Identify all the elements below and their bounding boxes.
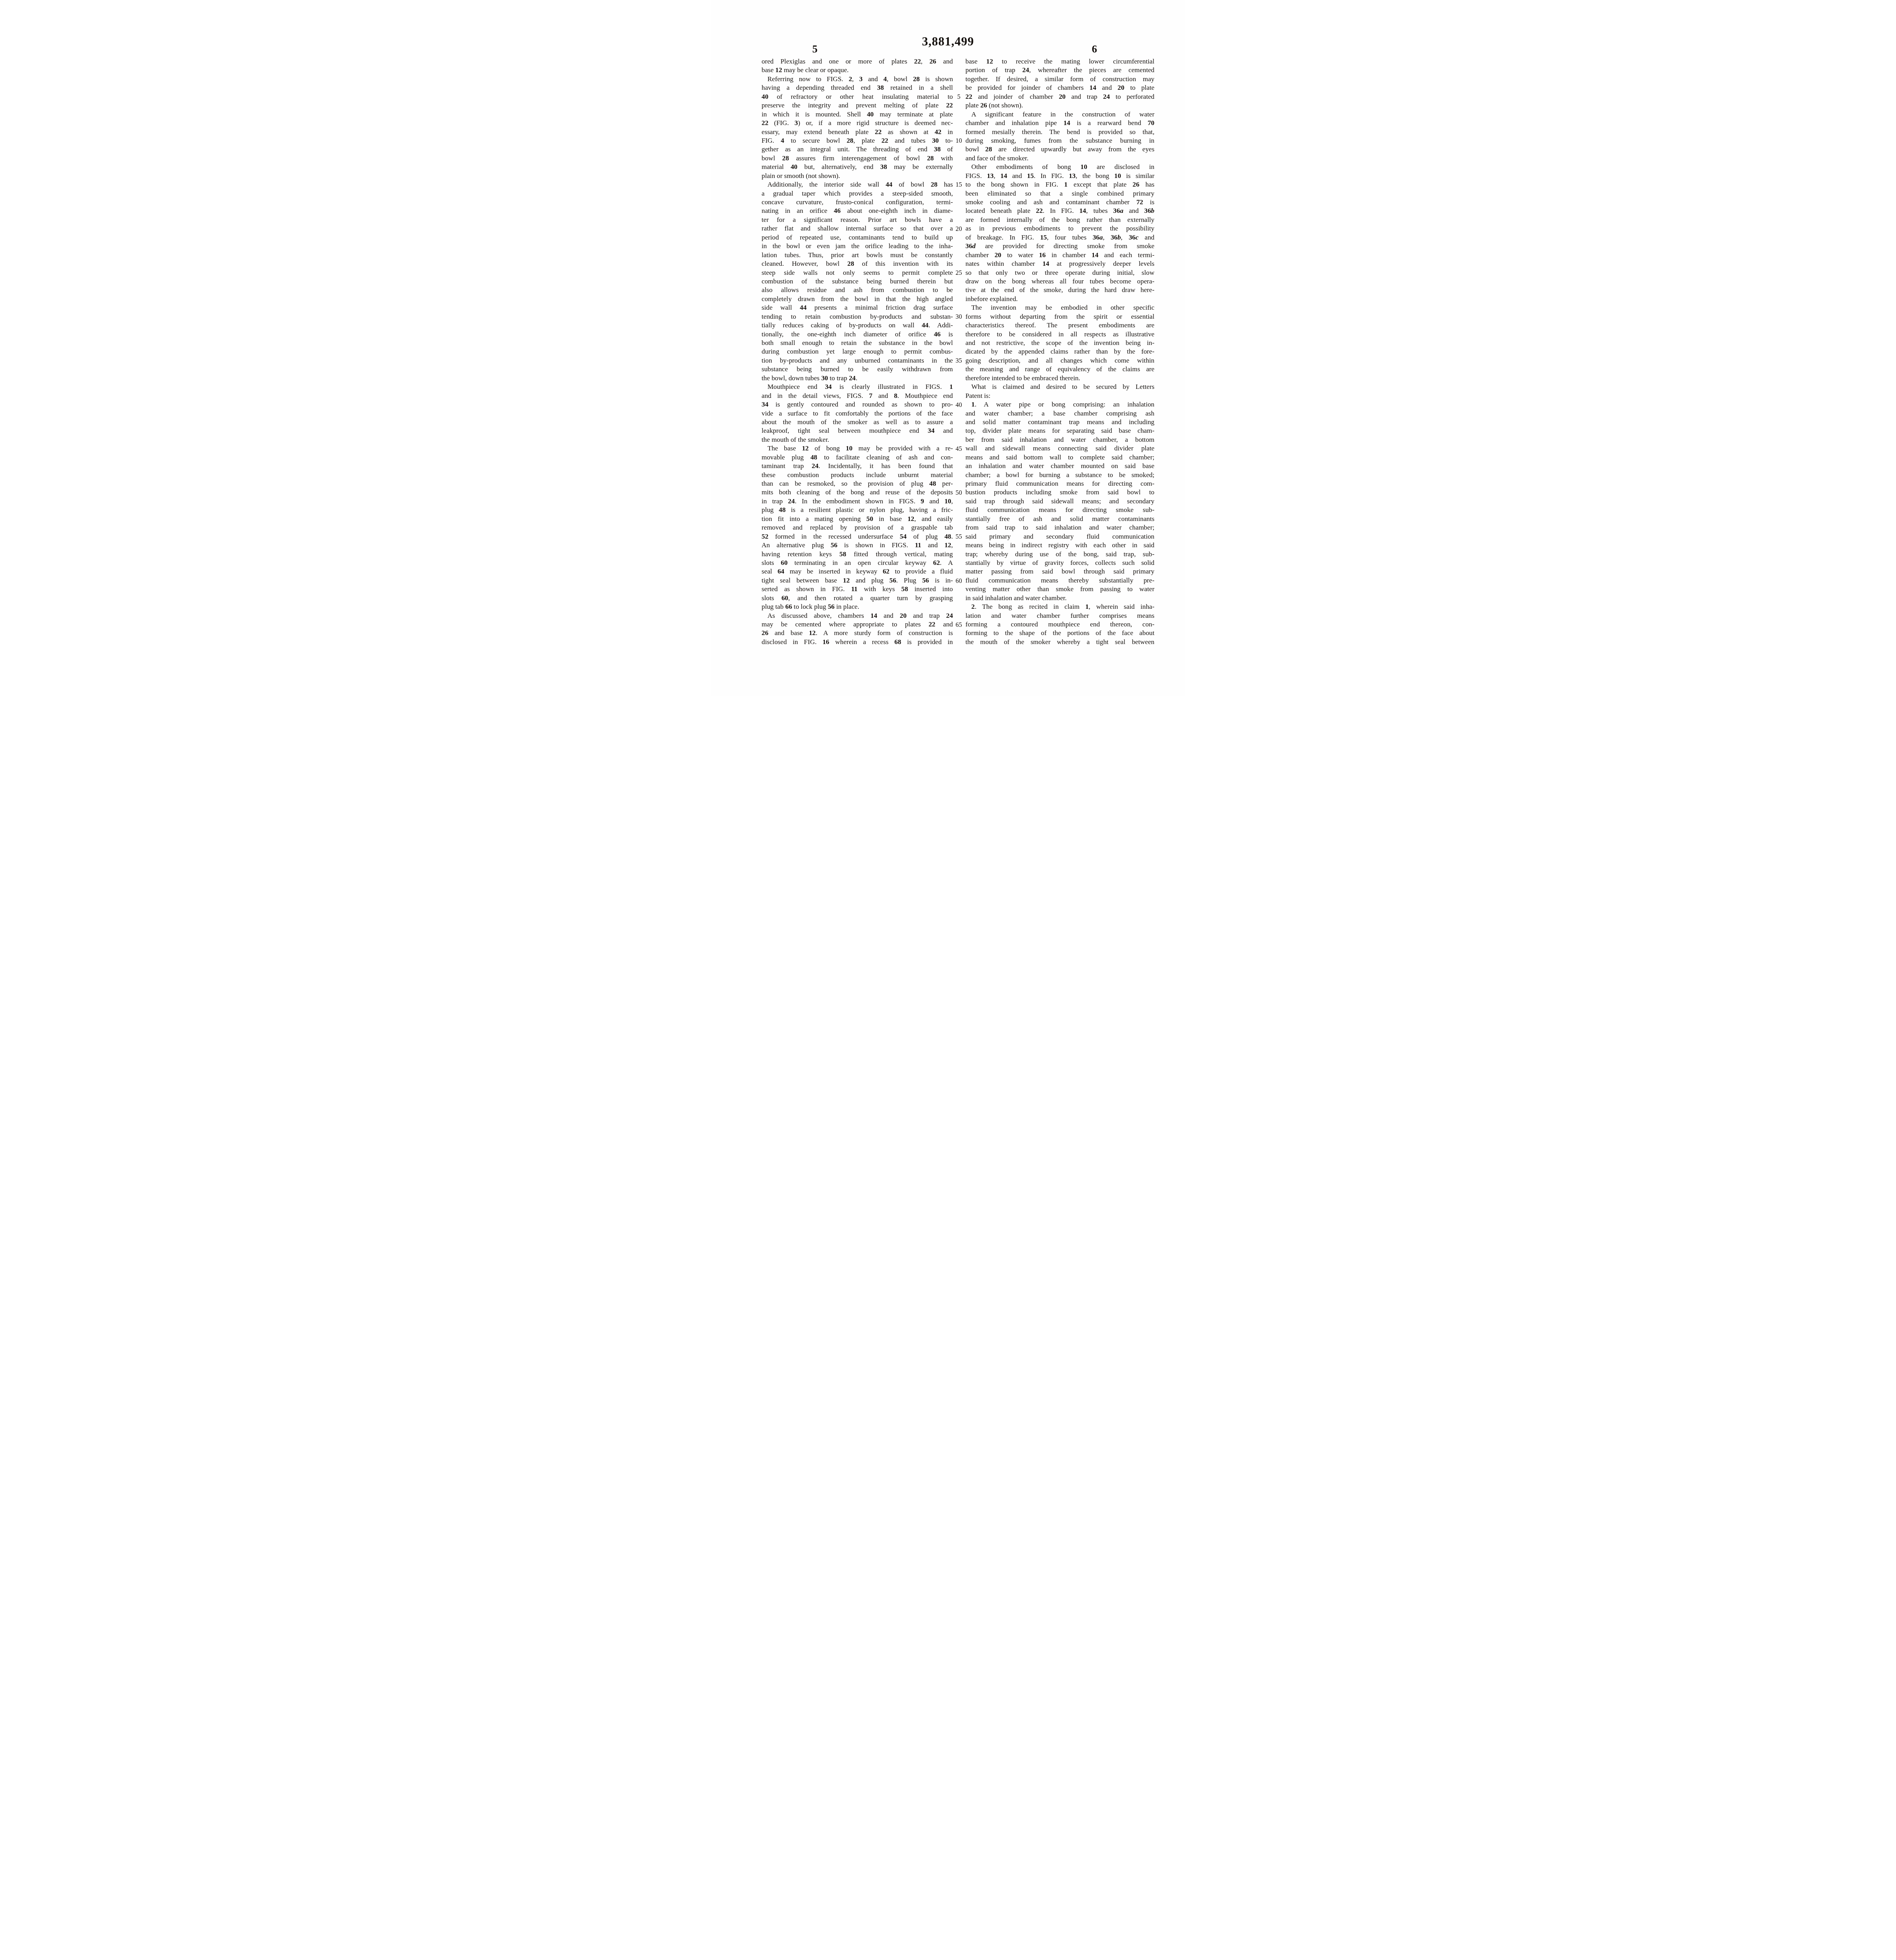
text-line: in which it is mounted. Shell 40 may ter… bbox=[762, 110, 953, 119]
text-line: 2. The bong as recited in claim 1, where… bbox=[966, 603, 1155, 611]
text-line: tionally, the one-eighth inch diameter o… bbox=[762, 330, 953, 339]
text-line: forms without departing from the spirit … bbox=[966, 312, 1155, 321]
text-line: stantially by virtue of gravity forces, … bbox=[966, 559, 1155, 567]
text-line: characteristics thereof. The present emb… bbox=[966, 321, 1155, 330]
text-line: 22 (FIG. 3) or, if a more rigid structur… bbox=[762, 119, 953, 127]
text-line: than can be resmoked, so the provision o… bbox=[762, 479, 953, 488]
text-line: mits both cleaning of the bong and reuse… bbox=[762, 488, 953, 497]
text-line: bustion products including smoke from sa… bbox=[966, 488, 1155, 497]
text-line: and solid matter contaminant trap means … bbox=[966, 418, 1155, 426]
text-line: chamber; a bowl for burning a substance … bbox=[966, 471, 1155, 479]
patent-page: 3,881,499 5 6 ored Plexiglas and one or … bbox=[711, 0, 1185, 696]
text-line: wall and sidewall means connecting said … bbox=[966, 444, 1155, 453]
text-line: bowl 28 assures firm interengagement of … bbox=[762, 154, 953, 163]
text-line: both small enough to retain the substanc… bbox=[762, 339, 953, 347]
text-line: plate 26 (not shown). bbox=[966, 101, 1155, 110]
text-line: slots 60, and then rotated a quarter tur… bbox=[762, 594, 953, 603]
text-line: leakproof, tight seal between mouthpiece… bbox=[762, 426, 953, 435]
line-number-marker: 5 bbox=[951, 93, 967, 101]
text-line: from said trap to said inhalation and wa… bbox=[966, 523, 1155, 532]
text-line: a gradual taper which provides a steep-s… bbox=[762, 189, 953, 198]
text-line: Mouthpiece end 34 is clearly illustrated… bbox=[762, 383, 953, 391]
column-number-left: 5 bbox=[803, 43, 827, 55]
text-line: lation tubes. Thus, prior art bowls must… bbox=[762, 251, 953, 260]
text-line: matter passing from said bowl through sa… bbox=[966, 567, 1155, 576]
text-line: steep side walls not only seems to permi… bbox=[762, 269, 953, 277]
text-line: so that only two or three operate during… bbox=[966, 269, 1155, 277]
text-line: cleaned. However, bowl 28 of this invent… bbox=[762, 260, 953, 268]
text-line: in said inhalation and water chamber. bbox=[966, 594, 1155, 603]
text-line: tending to retain combustion by-products… bbox=[762, 312, 953, 321]
text-line: fluid communication means for directing … bbox=[966, 506, 1155, 514]
text-line: about the mouth of the smoker as well as… bbox=[762, 418, 953, 426]
line-number-marker: 35 bbox=[951, 356, 967, 365]
text-line: during combustion yet large enough to pe… bbox=[762, 347, 953, 356]
text-line: forming to the shape of the portions of … bbox=[966, 629, 1155, 637]
text-line: lation and water chamber further compris… bbox=[966, 612, 1155, 620]
text-line: smoke cooling and ash and contaminant ch… bbox=[966, 198, 1155, 207]
text-line: going description, and all changes which… bbox=[966, 356, 1155, 365]
text-line: portion of trap 24, whereafter the piece… bbox=[966, 66, 1155, 74]
text-line: period of repeated use, contaminants ten… bbox=[762, 233, 953, 242]
line-number-marker: 55 bbox=[951, 532, 967, 541]
text-line: Additionally, the interior side wall 44 … bbox=[762, 180, 953, 189]
text-line: in trap 24. In the embodiment shown in F… bbox=[762, 497, 953, 506]
text-line: top, divider plate means for separating … bbox=[966, 426, 1155, 435]
line-number-marker: 60 bbox=[951, 577, 967, 585]
text-line: forming a contoured mouthpiece end there… bbox=[966, 620, 1155, 629]
text-line: ored Plexiglas and one or more of plates… bbox=[762, 57, 953, 66]
text-line: removed and replaced by provision of a g… bbox=[762, 523, 953, 532]
text-line: bowl 28 are directed upwardly but away f… bbox=[966, 145, 1155, 154]
text-line: means and said bottom wall to complete s… bbox=[966, 453, 1155, 462]
text-line: ber from said inhalation and water chamb… bbox=[966, 436, 1155, 444]
column-number-right: 6 bbox=[1083, 43, 1106, 55]
text-line: said primary and secondary fluid communi… bbox=[966, 532, 1155, 541]
text-line: tive at the end of the smoke, during the… bbox=[966, 286, 1155, 294]
text-line: Referring now to FIGS. 2, 3 and 4, bowl … bbox=[762, 75, 953, 83]
text-line: material 40 but, alternatively, end 38 m… bbox=[762, 163, 953, 171]
text-line: The invention may be embodied in other s… bbox=[966, 303, 1155, 312]
text-line: completely drawn from the bowl in that t… bbox=[762, 295, 953, 303]
text-line: located beneath plate 22. In FIG. 14, tu… bbox=[966, 207, 1155, 215]
line-number-marker: 50 bbox=[951, 488, 967, 497]
text-line: trap; whereby during use of the bong, sa… bbox=[966, 550, 1155, 559]
text-line: slots 60 terminating in an open circular… bbox=[762, 559, 953, 567]
text-line: in the bowl or even jam the orifice lead… bbox=[762, 242, 953, 250]
column-right-text: base 12 to receive the mating lower circ… bbox=[966, 57, 1155, 646]
text-line: ter for a significant reason. Prior art … bbox=[762, 216, 953, 224]
text-line: venting matter other than smoke from pas… bbox=[966, 585, 1155, 593]
text-line: means being in indirect registry with ea… bbox=[966, 541, 1155, 550]
text-line: draw on the bong whereas all four tubes … bbox=[966, 277, 1155, 286]
text-line: plug 48 is a resilient plastic or nylon … bbox=[762, 506, 953, 514]
text-line: dicated by the appended claims rather th… bbox=[966, 347, 1155, 356]
text-line: The base 12 of bong 10 may be provided w… bbox=[762, 444, 953, 453]
line-number-marker: 20 bbox=[951, 225, 967, 233]
text-line: to the bong shown in FIG. 1 except that … bbox=[966, 180, 1155, 189]
line-number-marker: 30 bbox=[951, 312, 967, 321]
line-number-marker: 65 bbox=[951, 621, 967, 629]
text-line: tight seal between base 12 and plug 56. … bbox=[762, 576, 953, 585]
text-line: disclosed in FIG. 16 wherein a recess 68… bbox=[762, 638, 953, 646]
text-line: be provided for joinder of chambers 14 a… bbox=[966, 83, 1155, 92]
text-line: serted as shown in FIG. 11 with keys 58 … bbox=[762, 585, 953, 593]
text-line: are formed internally of the bong rather… bbox=[966, 216, 1155, 224]
text-line: inbefore explained. bbox=[966, 295, 1155, 303]
text-line: 34 is gently contoured and rounded as sh… bbox=[762, 400, 953, 409]
text-line: plug tab 66 to lock plug 56 in place. bbox=[762, 603, 953, 611]
text-line: 22 and joinder of chamber 20 and trap 24… bbox=[966, 93, 1155, 101]
text-line: nating in an orifice 46 about one-eighth… bbox=[762, 207, 953, 215]
text-line: as in previous embodiments to prevent th… bbox=[966, 224, 1155, 233]
text-line: Other embodiments of bong 10 are disclos… bbox=[966, 163, 1155, 171]
text-line: formed mesially therein. The bend is pro… bbox=[966, 128, 1155, 136]
text-line: Patent is: bbox=[966, 392, 1155, 400]
text-line: having retention keys 58 fitted through … bbox=[762, 550, 953, 559]
column-left-text: ored Plexiglas and one or more of plates… bbox=[762, 57, 953, 646]
text-line: FIGS. 13, 14 and 15. In FIG. 13, the bon… bbox=[966, 172, 1155, 180]
text-line: What is claimed and desired to be secure… bbox=[966, 383, 1155, 391]
patent-number: 3,881,499 bbox=[711, 34, 1185, 49]
text-line: As discussed above, chambers 14 and 20 a… bbox=[762, 612, 953, 620]
text-line: and face of the smoker. bbox=[966, 154, 1155, 163]
text-line: movable plug 48 to facilitate cleaning o… bbox=[762, 453, 953, 462]
text-line: preserve the integrity and prevent melti… bbox=[762, 101, 953, 110]
text-line: base 12 may be clear or opaque. bbox=[762, 66, 953, 74]
text-line: vide a surface to fit comfortably the po… bbox=[762, 409, 953, 418]
text-line: taminant trap 24. Incidentally, it has b… bbox=[762, 462, 953, 470]
text-line: chamber 20 to water 16 in chamber 14 and… bbox=[966, 251, 1155, 260]
text-line: an inhalation and water chamber mounted … bbox=[966, 462, 1155, 470]
text-line: therefore intended to be embraced therei… bbox=[966, 374, 1155, 383]
line-number-marker: 40 bbox=[951, 401, 967, 409]
text-line: combustion of the substance being burned… bbox=[762, 277, 953, 286]
text-line: side wall 44 presents a minimal friction… bbox=[762, 303, 953, 312]
text-line: plain or smooth (not shown). bbox=[762, 172, 953, 180]
text-line: these combustion products include unburn… bbox=[762, 471, 953, 479]
text-line: said trap through said sidewall means; a… bbox=[966, 497, 1155, 506]
text-line: during smoking, fumes from the substance… bbox=[966, 136, 1155, 145]
text-line: fluid communication means thereby substa… bbox=[966, 576, 1155, 585]
text-line: nates within chamber 14 at progressively… bbox=[966, 260, 1155, 268]
text-line: therefore to be considered in all respec… bbox=[966, 330, 1155, 339]
text-line: essary, may extend beneath plate 22 as s… bbox=[762, 128, 953, 136]
text-line: tion by-products and any unburned contam… bbox=[762, 356, 953, 365]
text-line: FIG. 4 to secure bowl 28, plate 22 and t… bbox=[762, 136, 953, 145]
text-line: gether as an integral unit. The threadin… bbox=[762, 145, 953, 154]
text-line: base 12 to receive the mating lower circ… bbox=[966, 57, 1155, 66]
text-line: chamber and inhalation pipe 14 is a rear… bbox=[966, 119, 1155, 127]
text-line: the bowl, down tubes 30 to trap 24. bbox=[762, 374, 953, 383]
text-line: concave curvature, frusto-conical config… bbox=[762, 198, 953, 207]
line-number-marker: 25 bbox=[951, 269, 967, 277]
text-line: 1. A water pipe or bong comprising: an i… bbox=[966, 400, 1155, 409]
text-line: and not restrictive, the scope of the in… bbox=[966, 339, 1155, 347]
text-line: may be cemented where appropriate to pla… bbox=[762, 620, 953, 629]
line-number-marker: 15 bbox=[951, 180, 967, 189]
text-line: been eliminated so that a single combine… bbox=[966, 189, 1155, 198]
text-line: A significant feature in the constructio… bbox=[966, 110, 1155, 119]
text-line: rather flat and shallow internal surface… bbox=[762, 224, 953, 233]
text-line: primary fluid communication means for di… bbox=[966, 479, 1155, 488]
text-line: together. If desired, a similar form of … bbox=[966, 75, 1155, 83]
text-line: the meaning and range of equivalency of … bbox=[966, 365, 1155, 374]
text-line: and water chamber; a base chamber compri… bbox=[966, 409, 1155, 418]
text-line: An alternative plug 56 is shown in FIGS.… bbox=[762, 541, 953, 550]
text-line: 26 and base 12. A more sturdy form of co… bbox=[762, 629, 953, 637]
text-line: seal 64 may be inserted in keyway 62 to … bbox=[762, 567, 953, 576]
text-line: tially reduces caking of by-products on … bbox=[762, 321, 953, 330]
text-line: the mouth of the smoker. bbox=[762, 436, 953, 444]
text-line: the mouth of the smoker whereby a tight … bbox=[966, 638, 1155, 646]
text-line: and in the detail views, FIGS. 7 and 8. … bbox=[762, 392, 953, 400]
text-line: 52 formed in the recessed undersurface 5… bbox=[762, 532, 953, 541]
line-number-marker: 10 bbox=[951, 136, 967, 145]
text-line: having a depending threaded end 38 retai… bbox=[762, 83, 953, 92]
text-line: also allows residue and ash from combust… bbox=[762, 286, 953, 294]
text-line: stantially free of ash and solid matter … bbox=[966, 515, 1155, 523]
text-line: 36d are provided for directing smoke fro… bbox=[966, 242, 1155, 250]
text-line: tion fit into a mating opening 50 in bas… bbox=[762, 515, 953, 523]
line-number-marker: 45 bbox=[951, 445, 967, 453]
text-line: 40 of refractory or other heat insulatin… bbox=[762, 93, 953, 101]
text-line: of breakage. In FIG. 15, four tubes 36a,… bbox=[966, 233, 1155, 242]
text-line: substance being burned to be easily with… bbox=[762, 365, 953, 374]
